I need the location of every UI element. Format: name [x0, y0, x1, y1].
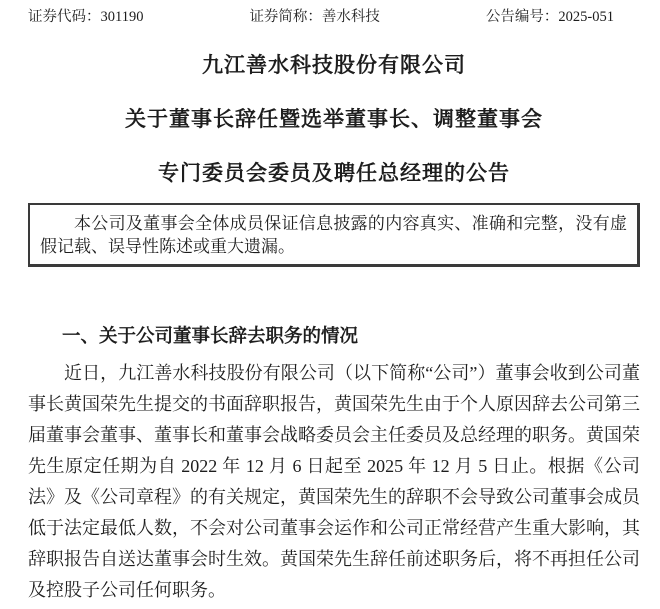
section-1-paragraph: 近日，九江善水科技股份有限公司（以下简称“公司”）董事会收到公司董事长黄国荣先生… — [28, 358, 640, 606]
section-1-heading: 一、关于公司董事长辞去职务的情况 — [28, 327, 640, 347]
announcement-document: 证券代码：301190 证券简称：善水科技 公告编号：2025-051 九江善水… — [0, 0, 660, 609]
announcement-title-line-2: 关于董事长辞任暨选举董事长、调整董事会 — [28, 105, 640, 133]
announcement-title-line-3: 专门委员会委员及聘任总经理的公告 — [28, 159, 640, 187]
disclaimer-text: 本公司及董事会全体成员保证信息披露的内容真实、准确和完整，没有虚假记载、误导性陈… — [40, 212, 627, 258]
stock-code: 证券代码：301190 — [28, 8, 143, 27]
company-name-title: 九江善水科技股份有限公司 — [28, 51, 640, 79]
doc-header: 证券代码：301190 证券简称：善水科技 公告编号：2025-051 — [28, 8, 640, 27]
stock-name: 证券简称：善水科技 — [249, 8, 380, 27]
disclaimer-box: 本公司及董事会全体成员保证信息披露的内容真实、准确和完整，没有虚假记载、误导性陈… — [28, 203, 640, 267]
announcement-number: 公告编号：2025-051 — [486, 8, 614, 27]
